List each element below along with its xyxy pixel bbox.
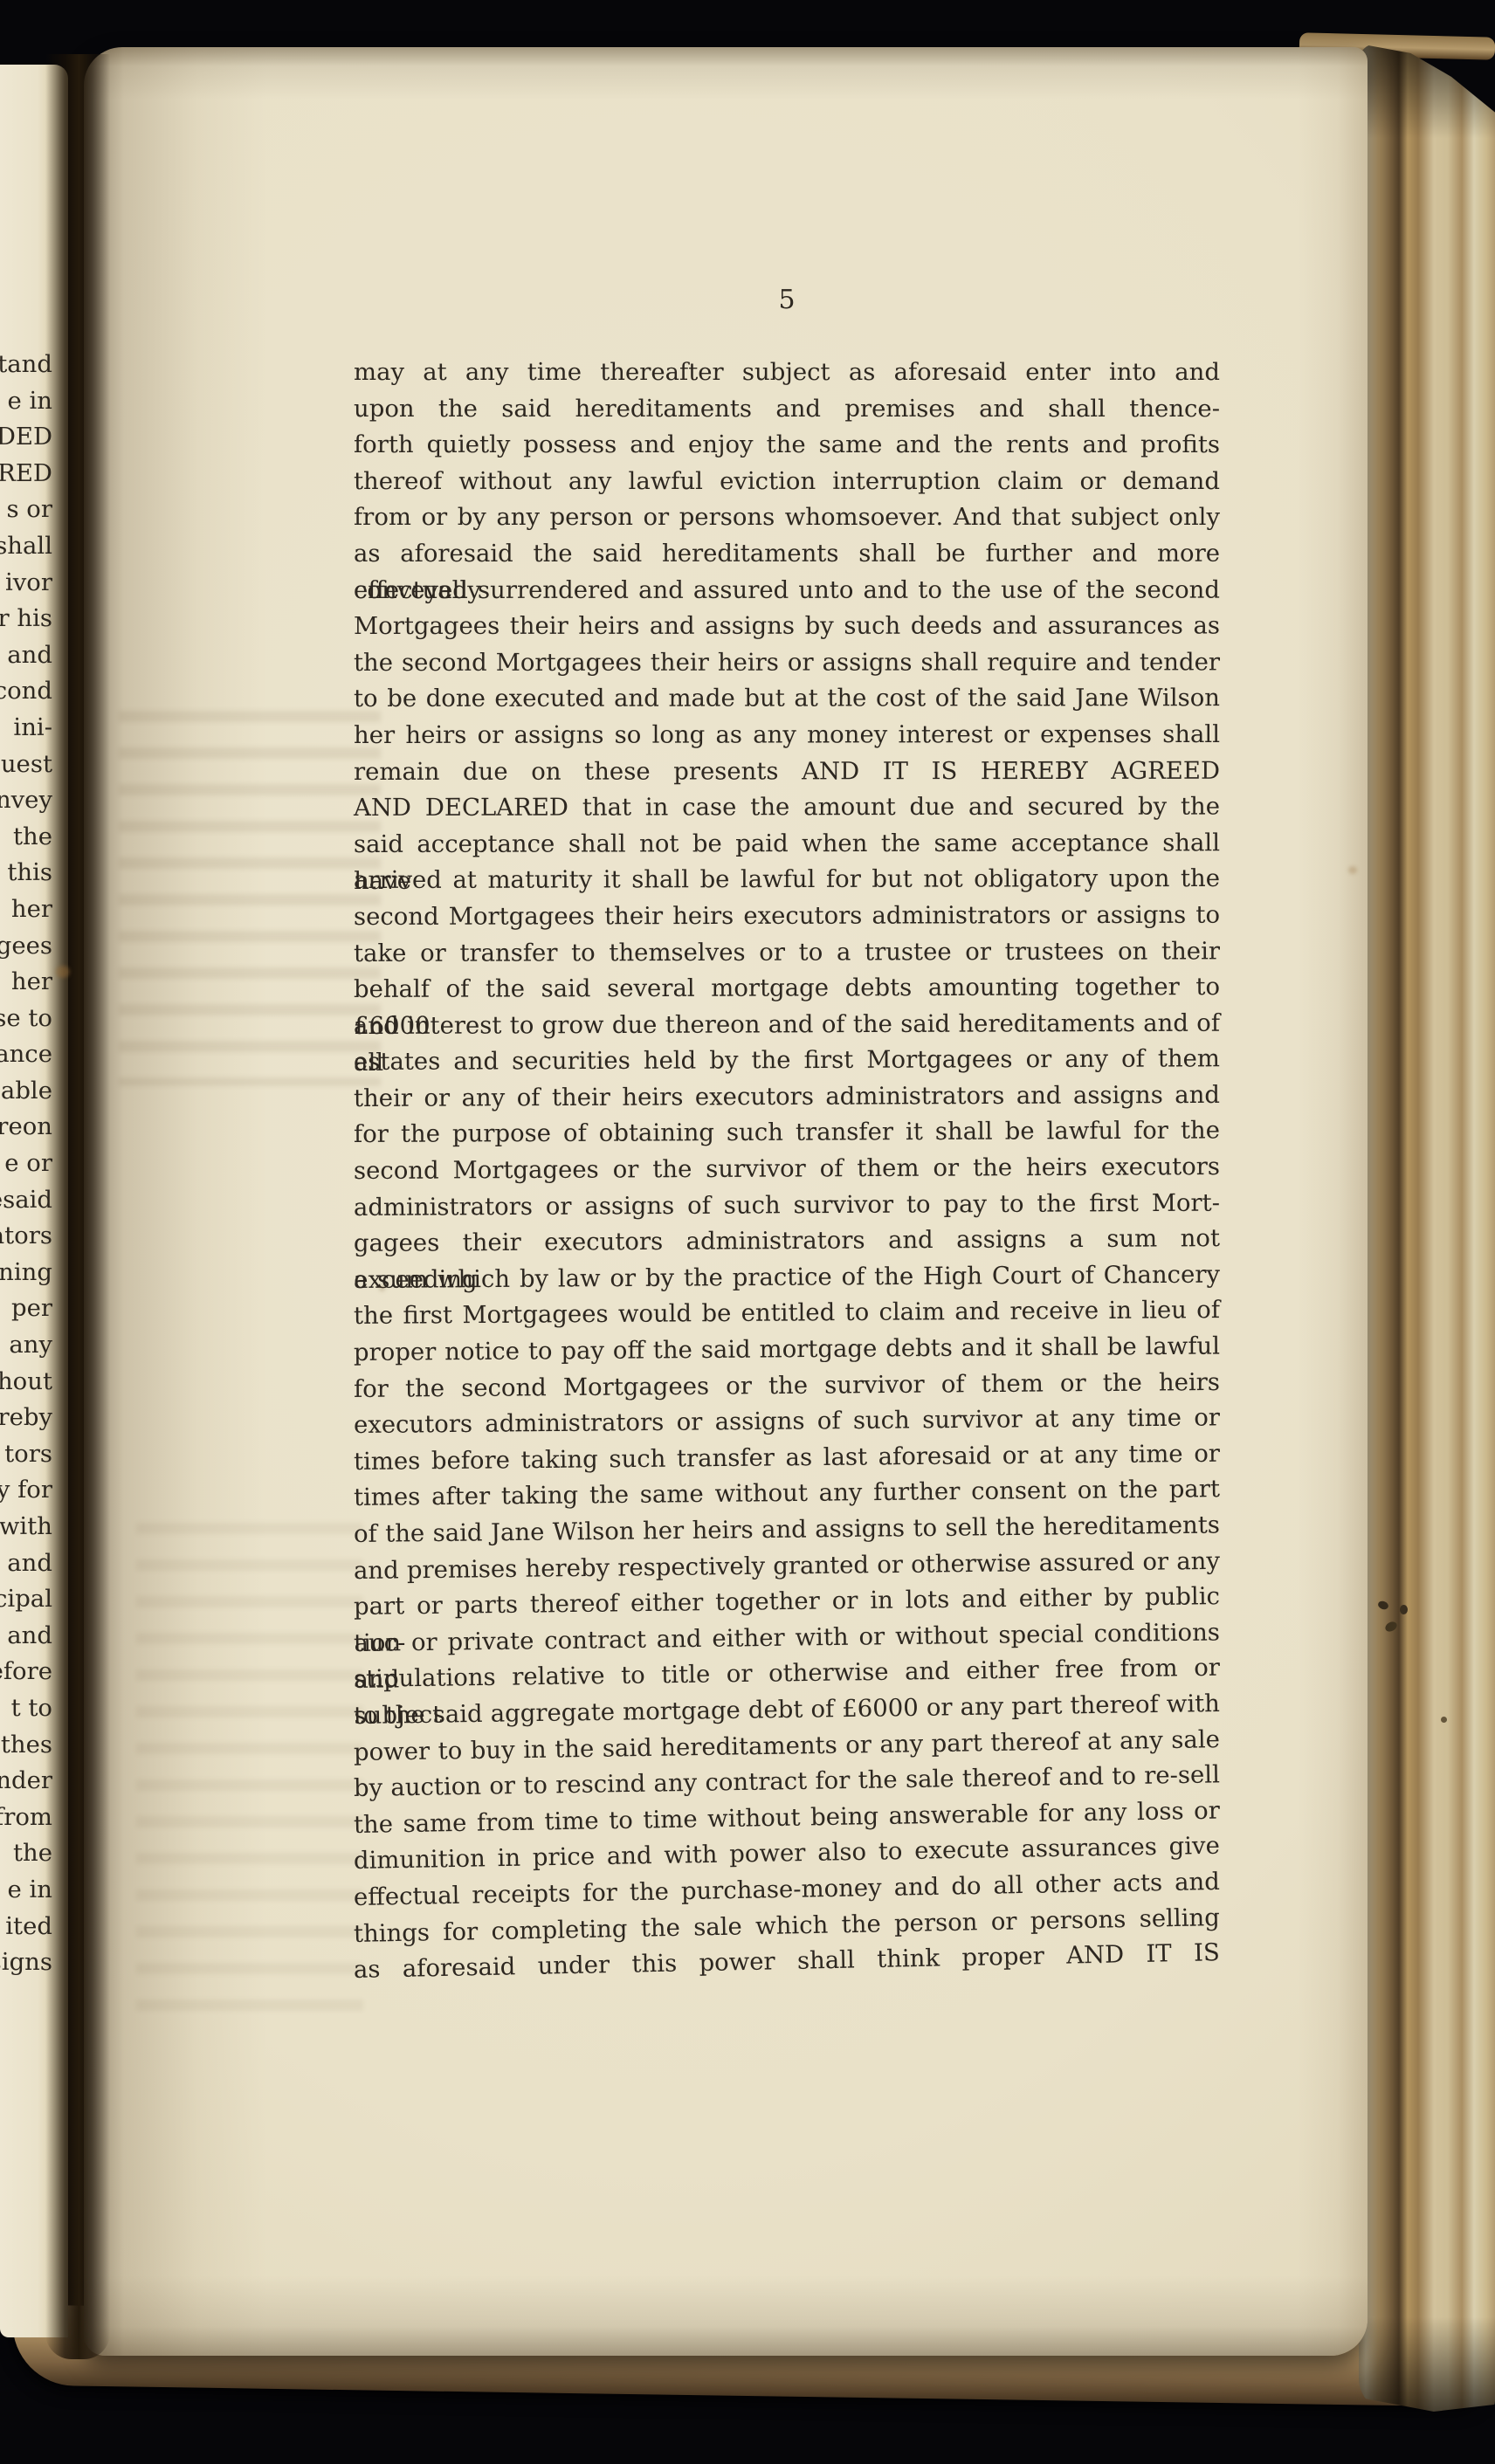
left-page-line-ending: ators (0, 1218, 52, 1255)
left-page-line-ending: reon (0, 1109, 52, 1146)
left-page-line-ending: efore (0, 1654, 52, 1690)
text-line: second Mortgagees their heirs executors … (354, 898, 1220, 936)
text-line: take or transfer to themselves or to a t… (354, 933, 1220, 972)
left-page-line-ending: hout (0, 1364, 52, 1401)
page-text: may at any time thereafter subject as af… (354, 354, 1220, 1989)
text-line: Mortgagees their heirs and assigns by su… (354, 609, 1220, 645)
text-line: said acceptance shall not be paid when t… (354, 825, 1220, 863)
left-page-line-ending: cipal (0, 1581, 52, 1618)
left-page-line-ending: cond (0, 673, 52, 710)
left-page-line-ending: t to (0, 1690, 52, 1727)
left-page-line-ending: her (0, 964, 52, 1001)
left-page-line-ending: and (0, 1545, 52, 1582)
left-page-line-ending: e in (0, 1872, 52, 1909)
text-line: for the purpose of obtaining such transf… (354, 1113, 1220, 1153)
text-line: second Mortgagees or the survivor of the… (354, 1149, 1220, 1190)
left-page-line-ending: and (0, 637, 52, 674)
text-line: remain due on these presents AND IT IS H… (354, 753, 1220, 790)
left-page-line-ending: the (0, 1835, 52, 1872)
left-page-line-ending: ning (0, 1255, 52, 1291)
left-page-line-ending: e or (0, 1146, 52, 1182)
left-page-line-ending: tand (0, 347, 52, 383)
left-page-line-ending: nvey (0, 782, 52, 819)
text-line: arrived at maturity it shall be lawful f… (354, 861, 1220, 899)
left-page-line-ending: signs (0, 1944, 52, 1981)
text-line: administrators or assigns of such surviv… (354, 1185, 1220, 1226)
left-page-line-ending: ited (0, 1909, 52, 1945)
text-line: as aforesaid the said hereditaments shal… (354, 536, 1220, 573)
book-photograph: tande inDEDREDs orshallivorr hisandcondi… (0, 0, 1495, 2464)
book-gutter-shadow (45, 54, 110, 2359)
text-line: the second Mortgagees their heirs or ass… (354, 644, 1220, 681)
ink-spot (1400, 1605, 1408, 1614)
text-line: from or by any person or persons whomsoe… (354, 499, 1220, 536)
left-page-line-ending: se to (0, 1001, 52, 1037)
right-fore-edge-pages (1359, 44, 1495, 2412)
left-page-line-ending: this (0, 855, 52, 891)
left-page-line-ending: reby (0, 1400, 52, 1436)
left-page-line-ending: any (0, 1327, 52, 1364)
text-line: her heirs or assigns so long as any mone… (354, 717, 1220, 754)
left-page-line-ending: e in (0, 383, 52, 420)
left-page-text-fragments: tande inDEDREDs orshallivorr hisandcondi… (0, 347, 52, 1981)
ink-spot (1441, 1717, 1447, 1723)
left-page-line-ending: r his (0, 601, 52, 637)
text-line: forth quietly possess and enjoy the same… (354, 427, 1220, 464)
text-line: and interest to grow due thereon and of … (354, 1005, 1220, 1044)
left-page-line-ending: thes (0, 1727, 52, 1764)
left-page-line-ending: tors (0, 1436, 52, 1473)
left-page-line-ending: her (0, 891, 52, 928)
left-page-line-ending: uest (0, 747, 52, 783)
text-line: may at any time thereafter subject as af… (354, 354, 1220, 391)
text-line: thereof without any lawful eviction inte… (354, 464, 1220, 500)
left-page-line-ending: ance (0, 1036, 52, 1073)
paper-stain (379, 1285, 385, 1291)
left-page-line-ending: RED (0, 456, 52, 492)
document-page: 5 may at any time thereafter subject as … (84, 47, 1368, 2356)
reverse-side-show-through (136, 1523, 363, 2012)
text-line: their or any of their heirs executors ad… (354, 1077, 1220, 1118)
left-page-line-ending: and (0, 1618, 52, 1655)
left-page-line-ending: ini- (0, 710, 52, 747)
text-line: conveyed surrendered and assured unto an… (354, 572, 1220, 609)
text-line: to be done executed and made but at the … (354, 681, 1220, 718)
text-line: gagees their executors administrators an… (354, 1221, 1220, 1262)
left-page-line-ending: from (0, 1800, 52, 1836)
left-page-line-ending: esaid (0, 1182, 52, 1219)
left-page-line-ending: able (0, 1073, 52, 1110)
left-page-line-ending: gees (0, 928, 52, 965)
left-page-line-ending: shall (0, 528, 52, 565)
text-line: estates and securities held by the first… (354, 1042, 1220, 1081)
left-page-line-ending: with (0, 1509, 52, 1545)
left-page-line-ending: the (0, 819, 52, 856)
left-page-line-ending: y for (0, 1472, 52, 1509)
paper-stain (1348, 866, 1357, 874)
left-page-line-ending: nder (0, 1763, 52, 1800)
paper-stain (56, 966, 70, 978)
left-page-line-ending: ivor (0, 565, 52, 602)
page-number: 5 (354, 285, 1220, 315)
text-line: upon the said hereditaments and premises… (354, 391, 1220, 428)
text-line: AND DECLARED that in case the amount due… (354, 789, 1220, 827)
left-page-line-ending: s or (0, 492, 52, 528)
reverse-side-show-through (119, 711, 381, 1086)
left-page-line-ending: DED (0, 419, 52, 456)
left-page-line-ending: per (0, 1291, 52, 1327)
text-line: behalf of the said several mortgage debt… (354, 969, 1220, 1008)
